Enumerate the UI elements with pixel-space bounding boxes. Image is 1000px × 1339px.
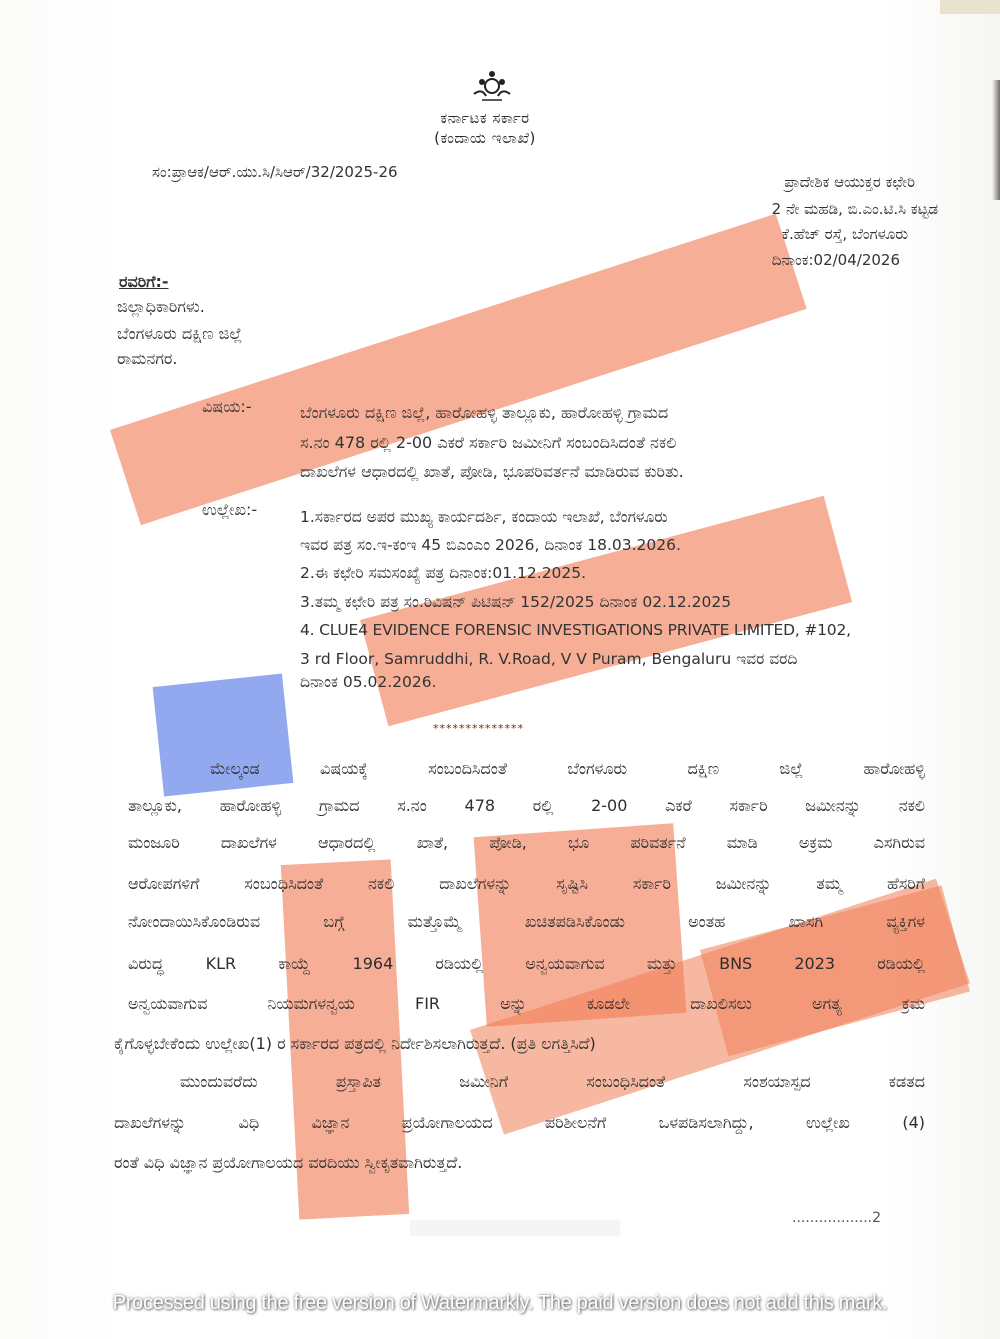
reference-line: ದಿನಾಂಕ 05.02.2026. (300, 673, 437, 692)
office-address-line: ಕೆ.ಹೆಚ್ ರಸ್ತೆ, ಬೆಂಗಳೂರು (782, 225, 908, 243)
faded-stamp (410, 1220, 620, 1236)
page-continuation: ..................2 (792, 1210, 881, 1226)
body-paragraph-line: ಕೈಗೊಳ್ಳಬೇಕೆಂದು ಉಲ್ಲೇಖ(1) ರ ಸರ್ಕಾರದ ಪತ್ರದ… (114, 1034, 911, 1054)
reference-line: 3.ತಮ್ಮ ಕಛೇರಿ ಪತ್ರ ಸಂ.ರಿವಿಷನ್ ಪಿಟಿಷನ್ 152… (300, 593, 731, 612)
body-paragraph-line: ದಾಖಲೆಗಳನ್ನು ವಿಧಿ ವಿಜ್ಞಾನ ಪ್ರಯೋಗಾಲಯದ ಪರಿಶ… (114, 1113, 925, 1133)
reference-line: 2.ಈ ಕಛೇರಿ ಸಮಸಂಖ್ಯೆ ಪತ್ರ ದಿನಾಂಕ:01.12.202… (300, 564, 586, 583)
page-edge-shadow (992, 80, 1000, 200)
body-paragraph-line: ಮುಂದುವರೆದು ಪ್ರಸ್ತಾಪಿತ ಜಮೀನಿಗೆ ಸಂಬಂಧಿಸಿದಂ… (180, 1072, 925, 1092)
reference-number: ಸಂ:ಪ್ರಾಆಕ/ಆರ್.ಯು.ಸಿ/ಸಿಆರ್/32/2025-26 (152, 163, 398, 181)
recipient-line: ಬೆಂಗಳೂರು ದಕ್ಷಿಣ ಜಿಲ್ಲೆ (117, 324, 242, 344)
office-address-line: 2 ನೇ ಮಹಡಿ, ಬಿ.ಎಂ.ಟಿ.ಸಿ ಕಟ್ಟಡ (772, 200, 938, 218)
subject-label: ವಿಷಯ:- (202, 397, 252, 417)
subject-line: ಸ.ನಂ 478 ರಲ್ಲಿ 2-00 ಎಕರೆ ಸರ್ಕಾರಿ ಜಮೀನಿಗೆ… (300, 433, 676, 453)
recipient-label: ರವರಿಗೆ:- (119, 272, 169, 292)
page-edge-strip (940, 0, 1000, 14)
section-separator: ************** (433, 722, 524, 735)
document-page: ಕರ್ನಾಟಕ ಸರ್ಕಾರ (ಕಂದಾಯ ಇಲಾಖೆ) ಸಂ:ಪ್ರಾಆಕ/ಆ… (0, 0, 1000, 1339)
subject-line: ದಾಖಲೆಗಳ ಆಧಾರದಲ್ಲಿ ಖಾತೆ, ಪೋಡಿ, ಭೂಪರಿವರ್ತನ… (300, 462, 684, 482)
subject-line: ಬೆಂಗಳೂರು ದಕ್ಷಿಣ ಜಿಲ್ಲೆ, ಹಾರೋಹಳ್ಳಿ ತಾಲ್ಲೂ… (300, 403, 668, 423)
government-title: ಕರ್ನಾಟಕ ಸರ್ಕಾರ (0, 109, 985, 127)
recipient-line: ಜಿಲ್ಲಾಧಿಕಾರಿಗಳು. (117, 297, 205, 317)
body-paragraph-line: ರಂತೆ ವಿಧಿ ವಿಜ್ಞಾನ ಪ್ರಯೋಗಾಲಯದ ವರದಿಯು ಸ್ವೀ… (114, 1153, 925, 1173)
reference-line: 1.ಸರ್ಕಾರದ ಅಪರ ಮುಖ್ಯ ಕಾರ್ಯದರ್ಶಿ, ಕಂದಾಯ ಇಲ… (300, 508, 668, 527)
body-paragraph-line: ತಾಲ್ಲೂಕು, ಹಾರೋಹಳ್ಳಿ ಗ್ರಾಮದ ಸ.ನಂ 478 ರಲ್ಲ… (128, 796, 925, 816)
body-paragraph-line: ನೋಂದಾಯಿಸಿಕೊಂಡಿರುವ ಬಗ್ಗೆ ಮತ್ತೊಮ್ಮೆ ಖಚಿತಪಡ… (128, 912, 925, 932)
references-label: ಉಲ್ಲೇಖ:- (202, 500, 257, 520)
body-paragraph-line: ವಿರುದ್ಧ KLR ಕಾಯ್ದೆ 1964 ರಡಿಯಲ್ಲಿ ಅನ್ವಯವಾ… (128, 954, 925, 974)
body-paragraph-line: ಆರೋಪಗಳಿಗೆ ಸಂಬಂಧಿಸಿದಂತೆ ನಕಲಿ ದಾಖಲೆಗಳನ್ನು … (128, 874, 925, 894)
reference-line: ಇವರ ಪತ್ರ ಸಂ.ಇ-ಕಂಇ 45 ಬಿಎಂಎಂ 2026, ದಿನಾಂಕ… (300, 536, 681, 555)
karnataka-emblem-icon (470, 66, 514, 106)
body-paragraph-line: ಮೇಲ್ಕಂಡ ವಿಷಯಕ್ಕೆ ಸಂಬಂದಿಸಿದಂತೆ ಬೆಂಗಳೂರು ದ… (210, 759, 925, 779)
body-paragraph-line: ಮಂಜೂರಿ ದಾಖಲೆಗಳ ಆಧಾರದಲ್ಲಿ ಖಾತೆ, ಪೋಡಿ, ಭೂ … (128, 833, 925, 853)
reference-line: 4. CLUE4 EVIDENCE FORENSIC INVESTIGATION… (300, 621, 851, 639)
watermark-text: Processed using the free version of Wate… (0, 1292, 1000, 1315)
office-name: ಪ್ರಾದೇಶಿಕ ಆಯುಕ್ತರ ಕಛೇರಿ (784, 173, 915, 191)
letter-date: ದಿನಾಂಕ:02/04/2026 (772, 251, 900, 269)
department-title: (ಕಂದಾಯ ಇಲಾಖೆ) (0, 129, 985, 147)
recipient-line: ರಾಮನಗರ. (117, 349, 177, 369)
body-paragraph-line: ಅನ್ವಯವಾಗುವ ನಿಯಮಗಳನ್ವಯ FIR ಅನ್ನು ಕೂಡಲೇ ದಾ… (128, 994, 925, 1014)
reference-line: 3 rd Floor, Samruddhi, R. V.Road, V V Pu… (300, 650, 797, 669)
